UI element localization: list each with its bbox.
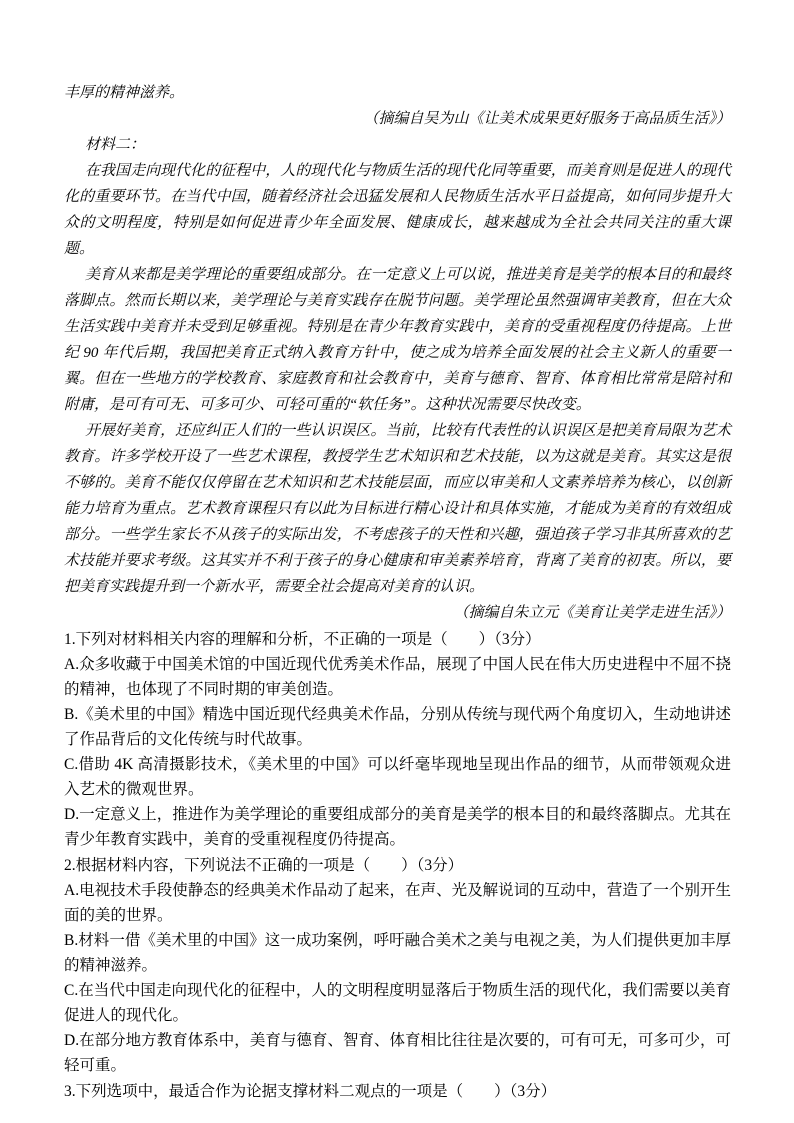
material-two-label: 材料二：: [64, 132, 731, 158]
question-1-option-c: C.借助 4K 高清摄影技术，《美术里的中国》可以纤毫毕现地呈现出作品的细节，从…: [64, 752, 731, 802]
question-2: 2.根据材料内容，下列说法不正确的一项是（ ）（3分） A.电视技术手段使静态的…: [64, 853, 731, 1078]
question-1-option-a: A.众多收藏于中国美术馆的中国近现代优秀美术作品，展现了中国人民在伟大历史进程中…: [64, 652, 731, 702]
question-2-stem: 2.根据材料内容，下列说法不正确的一项是（ ）（3分）: [64, 853, 731, 878]
material-two-paragraph-1: 在我国走向现代化的征程中，人的现代化与物质生活的现代化同等重要，而美育则是促进人…: [64, 158, 731, 262]
question-3-stem: 3.下列选项中，最适合作为论据支撑材料二观点的一项是（ ）（3分）: [64, 1079, 731, 1104]
material-one-fragment: 丰厚的精神滋养。: [64, 80, 731, 106]
question-1-option-d: D.一定意义上，推进作为美学理论的重要组成部分的美育是美学的根本目的和最终落脚点…: [64, 802, 731, 852]
question-1: 1.下列对材料相关内容的理解和分析，不正确的一项是（ ）（3分） A.众多收藏于…: [64, 627, 731, 852]
exam-page: 丰厚的精神滋养。 （摘编自吴为山《让美术成果更好服务于高品质生活》） 材料二： …: [0, 0, 794, 1123]
question-1-stem: 1.下列对材料相关内容的理解和分析，不正确的一项是（ ）（3分）: [64, 627, 731, 652]
question-2-option-b: B.材料一借《美术里的中国》这一成功案例，呼吁融合美术之美与电视之美，为人们提供…: [64, 928, 731, 978]
question-1-option-b: B.《美术里的中国》精选中国近现代经典美术作品，分别从传统与现代两个角度切入，生…: [64, 702, 731, 752]
material-two-attribution: （摘编自朱立元《美育让美学走进生活》）: [64, 600, 731, 626]
question-2-option-d: D.在部分地方教育体系中，美育与德育、智育、体育相比往往是次要的，可有可无，可多…: [64, 1028, 731, 1078]
material-two-paragraph-2: 美育从来都是美学理论的重要组成部分。在一定意义上可以说，推进美育是美学的根本目的…: [64, 262, 731, 418]
question-2-option-c: C.在当代中国走向现代化的征程中，人的文明程度明显落后于物质生活的现代化，我们需…: [64, 978, 731, 1028]
material-one-attribution: （摘编自吴为山《让美术成果更好服务于高品质生活》）: [64, 106, 731, 132]
question-2-option-a: A.电视技术手段使静态的经典美术作品动了起来，在声、光及解说词的互动中，营造了一…: [64, 878, 731, 928]
question-3: 3.下列选项中，最适合作为论据支撑材料二观点的一项是（ ）（3分）: [64, 1079, 731, 1104]
material-two-paragraph-3: 开展好美育，还应纠正人们的一些认识误区。当前，比较有代表性的认识误区是把美育局限…: [64, 418, 731, 600]
